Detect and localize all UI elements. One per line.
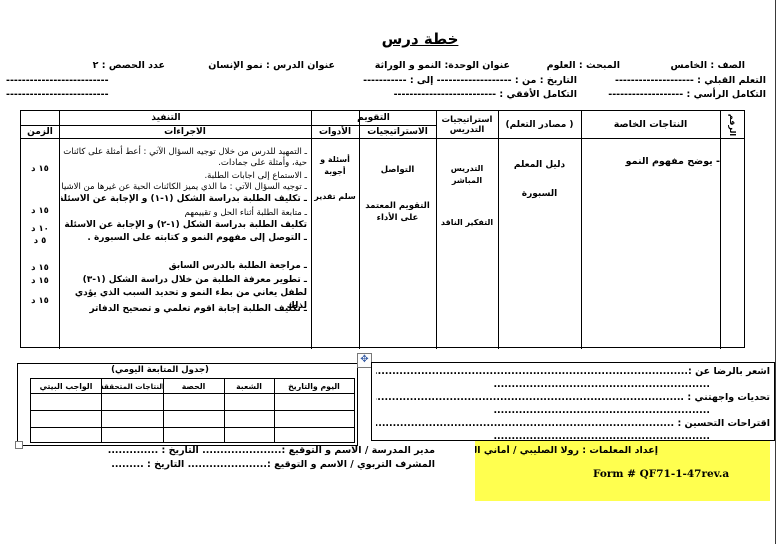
procedure-line: تكليف الطلبة بدراسة الشكل (١-٢) و الإجاب… xyxy=(61,220,307,231)
eval-tool-item: سلم تقدير xyxy=(311,191,359,203)
field-lesson-title: عنوان الدرس : نمو الإنسان xyxy=(208,60,335,71)
page-title: خطة درس xyxy=(355,30,485,48)
grid-line xyxy=(31,393,354,394)
eval-strategies-cell: التواصل التقويم المعتمد على الأداء xyxy=(359,164,436,224)
time-value: ١٥ د xyxy=(21,296,59,306)
time-value: ١٥ د xyxy=(21,206,59,216)
dotted-leader: ........................................… xyxy=(493,379,710,390)
challenges-label: تحديات واجهتني : xyxy=(684,392,770,403)
procedure-line: ـ تكليف الطلبة بدراسة الشكل (١-١) و الإج… xyxy=(61,194,307,205)
field-vertical-integration: التكامل الرأسي : ------------------- xyxy=(608,89,766,100)
procedure-line: ـ متابعة الطلبة أثناء الحل و تقييمهم xyxy=(61,208,307,219)
time-value: ١٠ د xyxy=(21,224,59,234)
supervisor-signature-line: المشرف التربوي / الاسم و التوقيع :......… xyxy=(55,458,435,472)
teaching-strategies-cell: التدريس المباشر التفكير الناقد xyxy=(436,163,498,229)
dotted-leader: ........................................… xyxy=(376,392,684,403)
dotted-leader: ........................................… xyxy=(376,366,688,377)
followup-col-homework: الواجب البيتي xyxy=(31,379,101,393)
time-value: ١٥ د xyxy=(21,276,59,286)
grid-line xyxy=(59,111,60,349)
signature-block: مدير المدرسة / الاسم و التوقيع :........… xyxy=(55,444,435,472)
followup-col-achieved-outcomes: النتاجات المتحققة xyxy=(101,379,163,393)
eval-strategy-item: التقويم المعتمد على الأداء xyxy=(359,200,436,224)
followup-col-period: الحصة xyxy=(163,379,224,393)
lesson-plan-table: التنفيذ الزمن الاجراءات التقويم الأدوات … xyxy=(20,110,745,348)
grid-line xyxy=(498,111,499,349)
field-date-range: التاريخ : من : ------------------- إلى :… xyxy=(363,75,577,86)
col-header-implementation: التنفيذ xyxy=(21,111,311,125)
procedure-line: ـ التوصل إلى مفهوم النمو و كتابته على ال… xyxy=(61,233,307,244)
col-header-eval-strategies: الاستراتيجيات xyxy=(359,125,436,138)
grid-line xyxy=(720,111,721,349)
prepared-by-highlight: إعداد المعلمات : رولا الصليبي / أماني ال… xyxy=(475,441,770,501)
resources-cell: دليل المعلم السبورة xyxy=(498,159,581,200)
field-grade: الصف : الخامس xyxy=(671,60,745,71)
page-right-border xyxy=(775,0,776,544)
col-header-procedures: الاجراءات xyxy=(59,125,311,138)
satisfaction-label: اشعر بالرضا عن : xyxy=(688,366,770,377)
col-header-teaching-strategies: استراتيجيات التدريس xyxy=(436,111,498,138)
outcome-item: - يوضح مفهوم النمو xyxy=(626,156,720,167)
lesson-plan-document: { "title": "خطة درس", "header": { "grade… xyxy=(0,0,784,544)
col-header-outcomes: النتاجات الخاصة xyxy=(581,111,720,138)
grid-line xyxy=(21,138,744,139)
procedure-line: ـ توجيه السؤال الآتي : ما الذي يميز الكا… xyxy=(61,182,307,193)
procedure-line: ـ الاستماع إلى اجابات الطلبة. xyxy=(61,171,307,182)
daily-followup-table: اليوم والتاريخ الشعبة الحصة النتاجات الم… xyxy=(30,378,355,443)
resource-item: السبورة xyxy=(498,188,581,200)
time-value: ١٥ د xyxy=(21,263,59,273)
daily-followup-title: (جدول المتابعة اليومي) xyxy=(60,365,260,375)
procedure-line: ـ التمهيد للدرس من خلال توجيه السؤال الآ… xyxy=(61,147,307,168)
strategy-item: التفكير الناقد xyxy=(436,217,498,229)
grid-line xyxy=(311,111,312,349)
dotted-leader: ........................................… xyxy=(493,405,710,416)
procedure-line: ـ تكليف الطلبة إجابة أقوم تعلمي و تصحيح … xyxy=(61,304,307,315)
col-header-evaluation: التقويم xyxy=(311,111,436,125)
eval-strategy-item: التواصل xyxy=(359,164,436,176)
time-value: ١٥ د xyxy=(21,164,59,174)
field-prior-learning: التعلم القبلي : -------------------- xyxy=(615,75,766,86)
grid-line xyxy=(436,111,437,349)
procedure-line: ـ مراجعة الطلبة بالدرس السابق xyxy=(61,261,307,272)
grid-line xyxy=(581,111,582,349)
eval-tool-item: أسئلة و أجوبة xyxy=(311,154,359,178)
form-number: Form # QF71-1-47rev.a xyxy=(593,468,729,480)
col-header-number: الرقم xyxy=(727,113,737,135)
prepared-by-line: إعداد المعلمات : رولا الصليبي / أماني ال… xyxy=(475,445,770,456)
improvements-label: اقتراحات التحسين : xyxy=(674,418,770,429)
field-periods-count: عدد الحصص : ٢ xyxy=(93,60,165,71)
field-unit-title: عنوان الوحدة: النمو و الوراثة xyxy=(375,60,510,71)
resource-item: دليل المعلم xyxy=(498,159,581,171)
grid-line xyxy=(359,111,360,349)
col-header-resources: ( مصادر التعلم) xyxy=(498,111,581,138)
table-move-handle[interactable]: ✥ xyxy=(357,353,372,368)
followup-col-section: الشعبة xyxy=(224,379,274,393)
reflection-box: اشعر بالرضا عن :........................… xyxy=(371,362,775,441)
field-subject: المبحث : العلوم xyxy=(547,60,620,71)
field-horizontal-integration: التكامل الأفقي : -----------------------… xyxy=(394,89,577,100)
field-date-leader: -------------------------- xyxy=(6,75,109,86)
field-horizontal-leader: -------------------------- xyxy=(6,89,109,100)
dotted-leader: ........................................… xyxy=(376,418,674,429)
followup-col-day-date: اليوم والتاريخ xyxy=(274,379,354,393)
eval-tools-cell: أسئلة و أجوبة سلم تقدير xyxy=(311,154,359,203)
time-value: ٥ د xyxy=(21,236,59,246)
strategy-item: التدريس المباشر xyxy=(436,163,498,187)
move-arrows-icon: ✥ xyxy=(360,354,368,365)
col-header-time: الزمن xyxy=(21,125,59,138)
grid-line xyxy=(31,410,354,411)
grid-line xyxy=(31,427,354,428)
col-header-eval-tools: الأدوات xyxy=(311,125,359,138)
table-resize-handle[interactable] xyxy=(15,441,23,449)
principal-signature-line: مدير المدرسة / الاسم و التوقيع :........… xyxy=(55,444,435,458)
